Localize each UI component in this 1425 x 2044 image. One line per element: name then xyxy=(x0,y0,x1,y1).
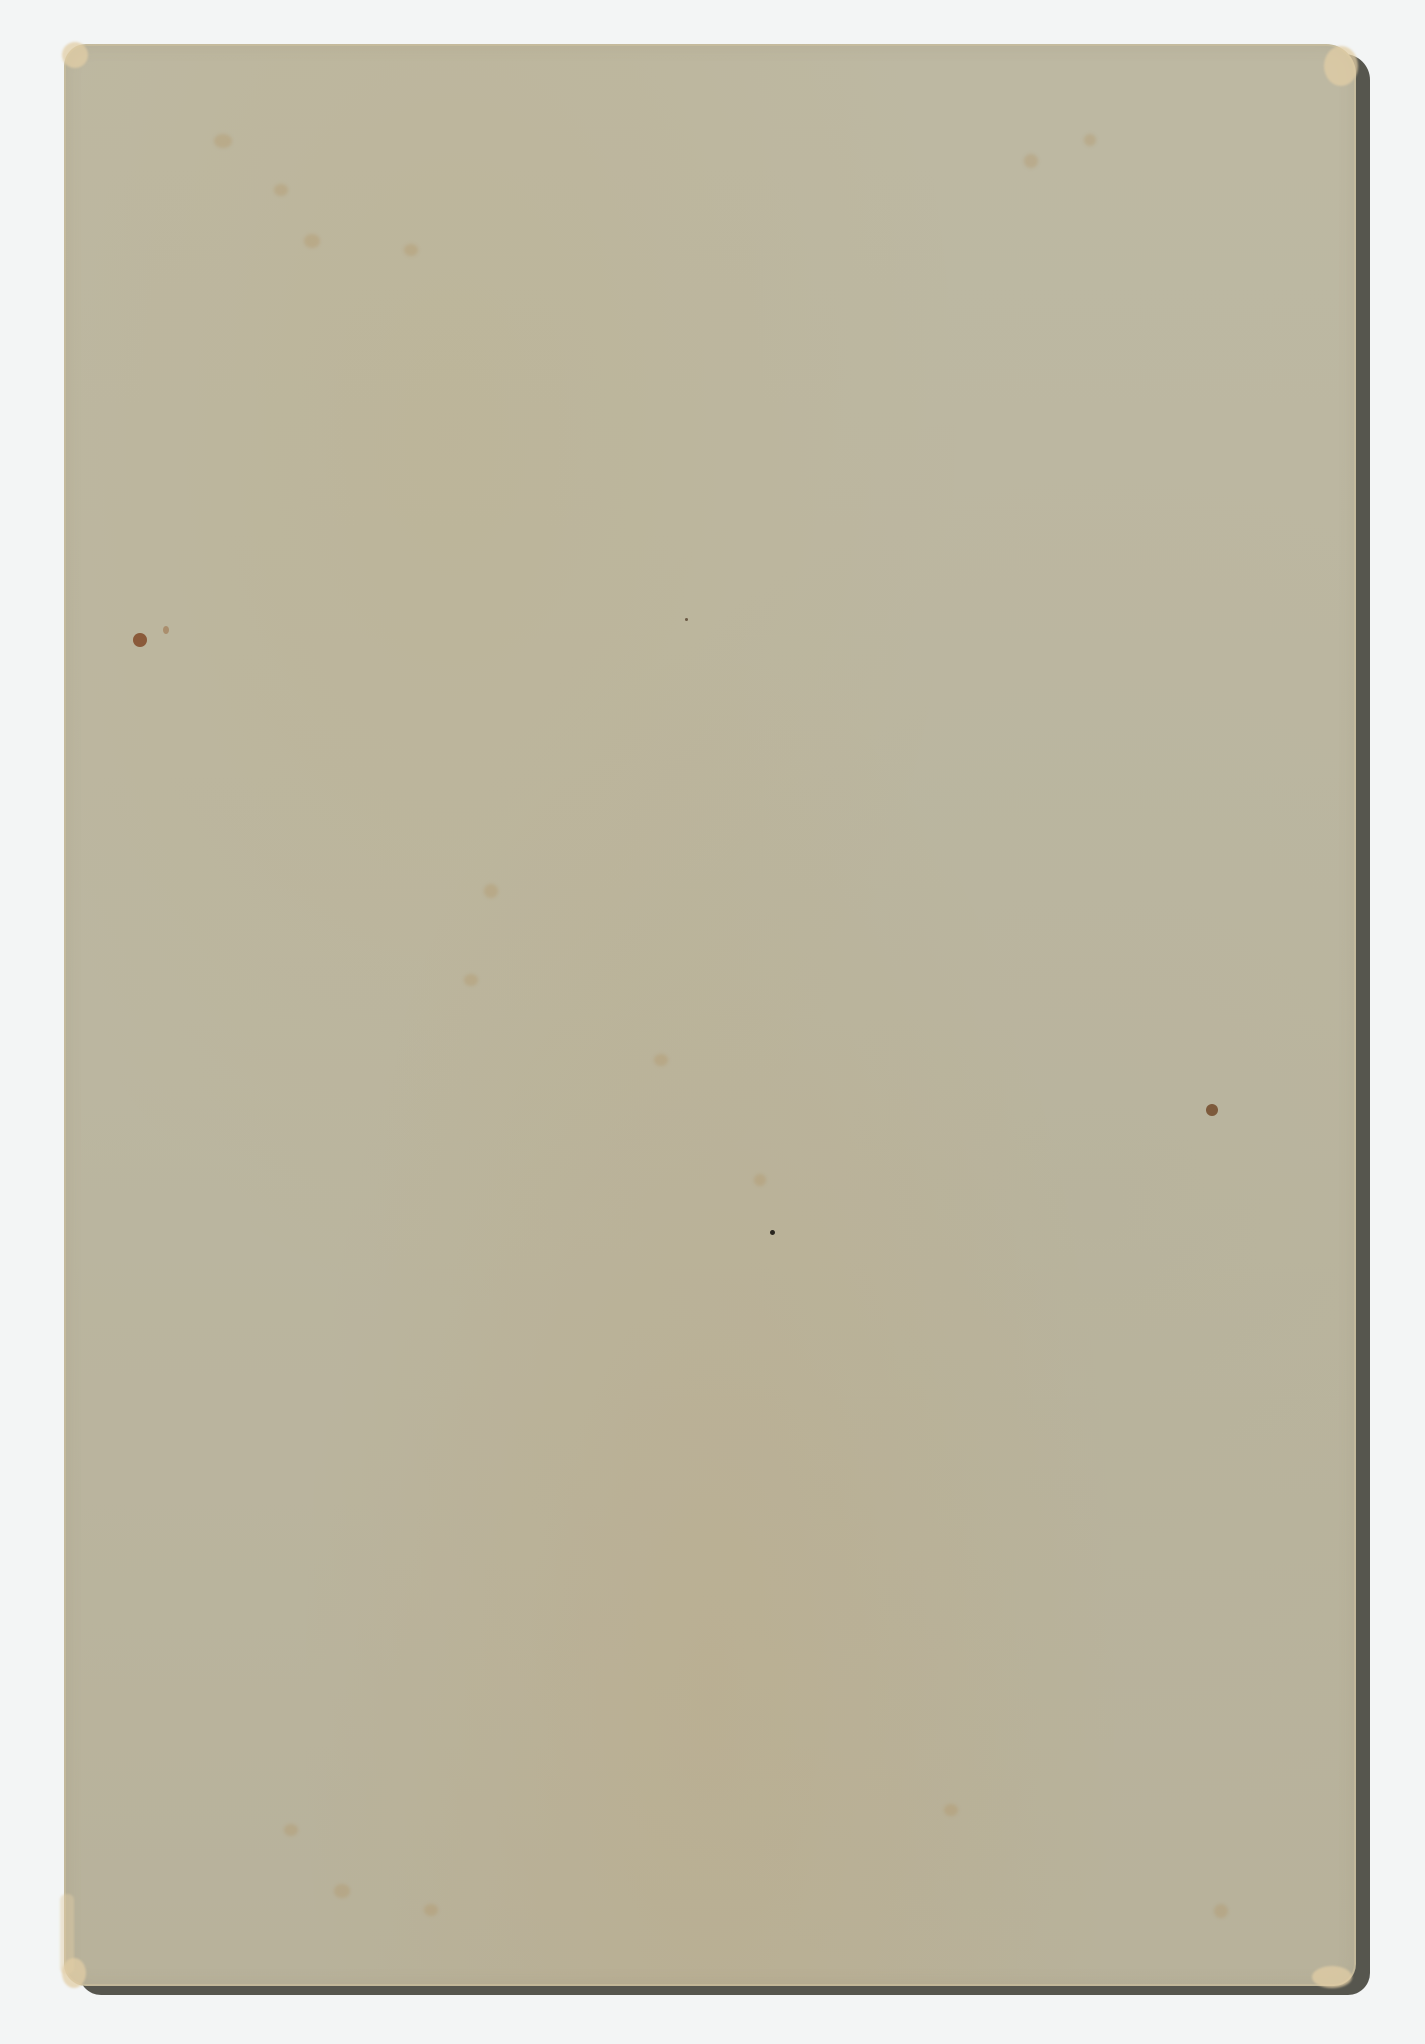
foxing-patch xyxy=(1084,134,1096,146)
worn-corner-top-left xyxy=(62,42,88,68)
foxing-patch xyxy=(464,974,478,986)
worn-corner-bottom-right xyxy=(1312,1966,1352,1988)
foxing-patch xyxy=(1214,1904,1228,1918)
brown-stain-spot xyxy=(133,633,147,647)
foxing-patch xyxy=(654,1054,668,1066)
foxing-patch xyxy=(214,134,232,148)
dark-speck xyxy=(770,1230,775,1235)
foxing-patch xyxy=(284,1824,298,1836)
worn-corner-top-right xyxy=(1324,46,1358,86)
faint-stain-spot xyxy=(163,626,169,634)
foxing-patch xyxy=(1024,154,1038,168)
brown-stain-spot xyxy=(1206,1104,1218,1116)
worn-left-edge xyxy=(60,1894,74,1974)
dark-speck xyxy=(685,618,688,621)
foxing-patch xyxy=(424,1904,438,1916)
foxing-patch xyxy=(334,1884,350,1898)
foxing-patch xyxy=(274,184,288,196)
foxing-patch xyxy=(304,234,320,248)
foxing-patch xyxy=(944,1804,958,1816)
foxing-patch xyxy=(404,244,418,256)
foxing-patch xyxy=(754,1174,766,1186)
scan-background xyxy=(0,0,1425,2044)
foxing-patch xyxy=(484,884,498,898)
blank-card xyxy=(64,44,1356,1986)
